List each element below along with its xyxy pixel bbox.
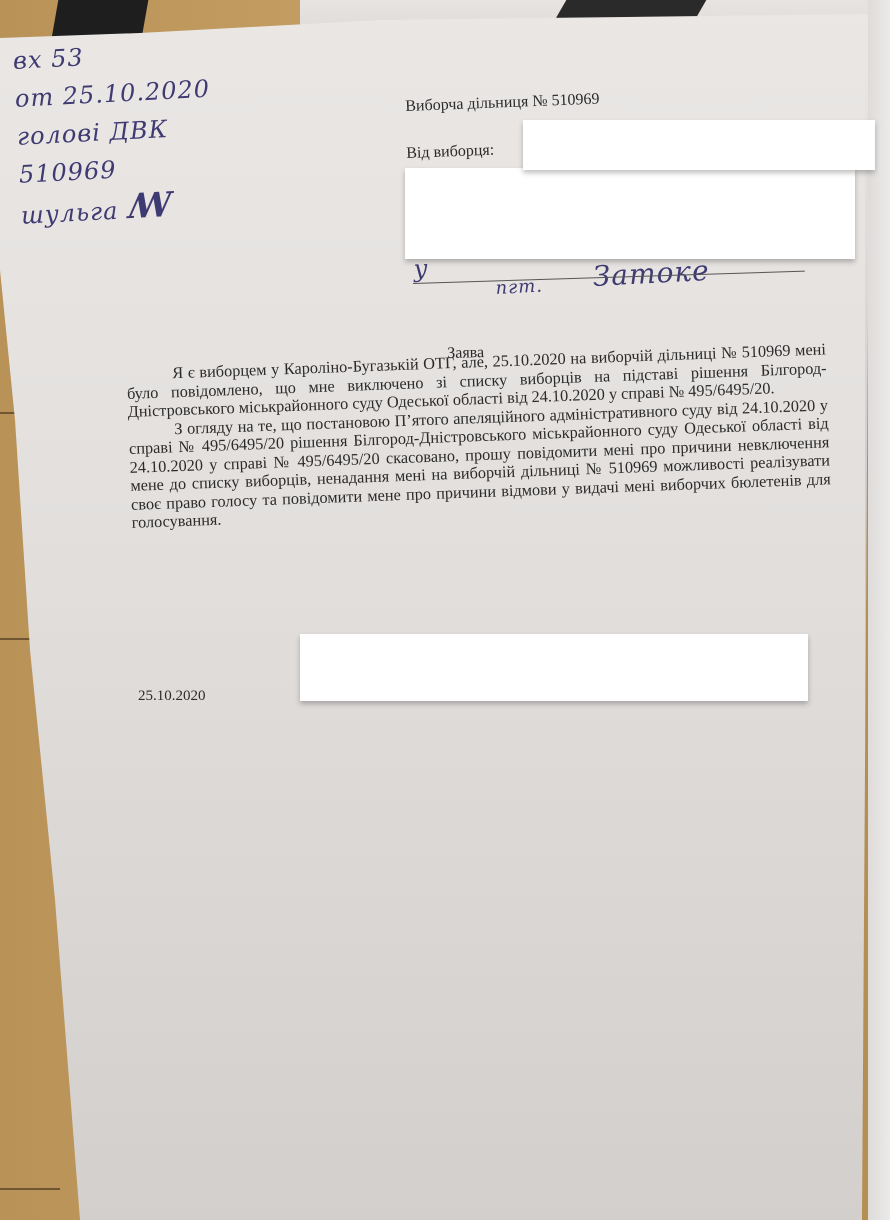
from-voter-label: Від виборця: (406, 142, 495, 163)
note-name: шульга (20, 197, 119, 230)
redacted-voter-name (523, 120, 875, 170)
signature-icon: ꟿ (127, 186, 174, 226)
redacted-voter-address (405, 168, 855, 259)
handwritten-registration-note: вх 53 от 25.10.2020 голові ДВК 510969 шу… (12, 32, 217, 235)
background-object (52, 0, 149, 38)
document-body: Я є виборцем у Кароліно-Бугазькій ОТГ, а… (126, 340, 832, 532)
tile-seam (0, 1188, 60, 1190)
redacted-signature (300, 634, 808, 701)
paper-edge (868, 0, 890, 1220)
document-date: 25.10.2020 (138, 688, 206, 705)
